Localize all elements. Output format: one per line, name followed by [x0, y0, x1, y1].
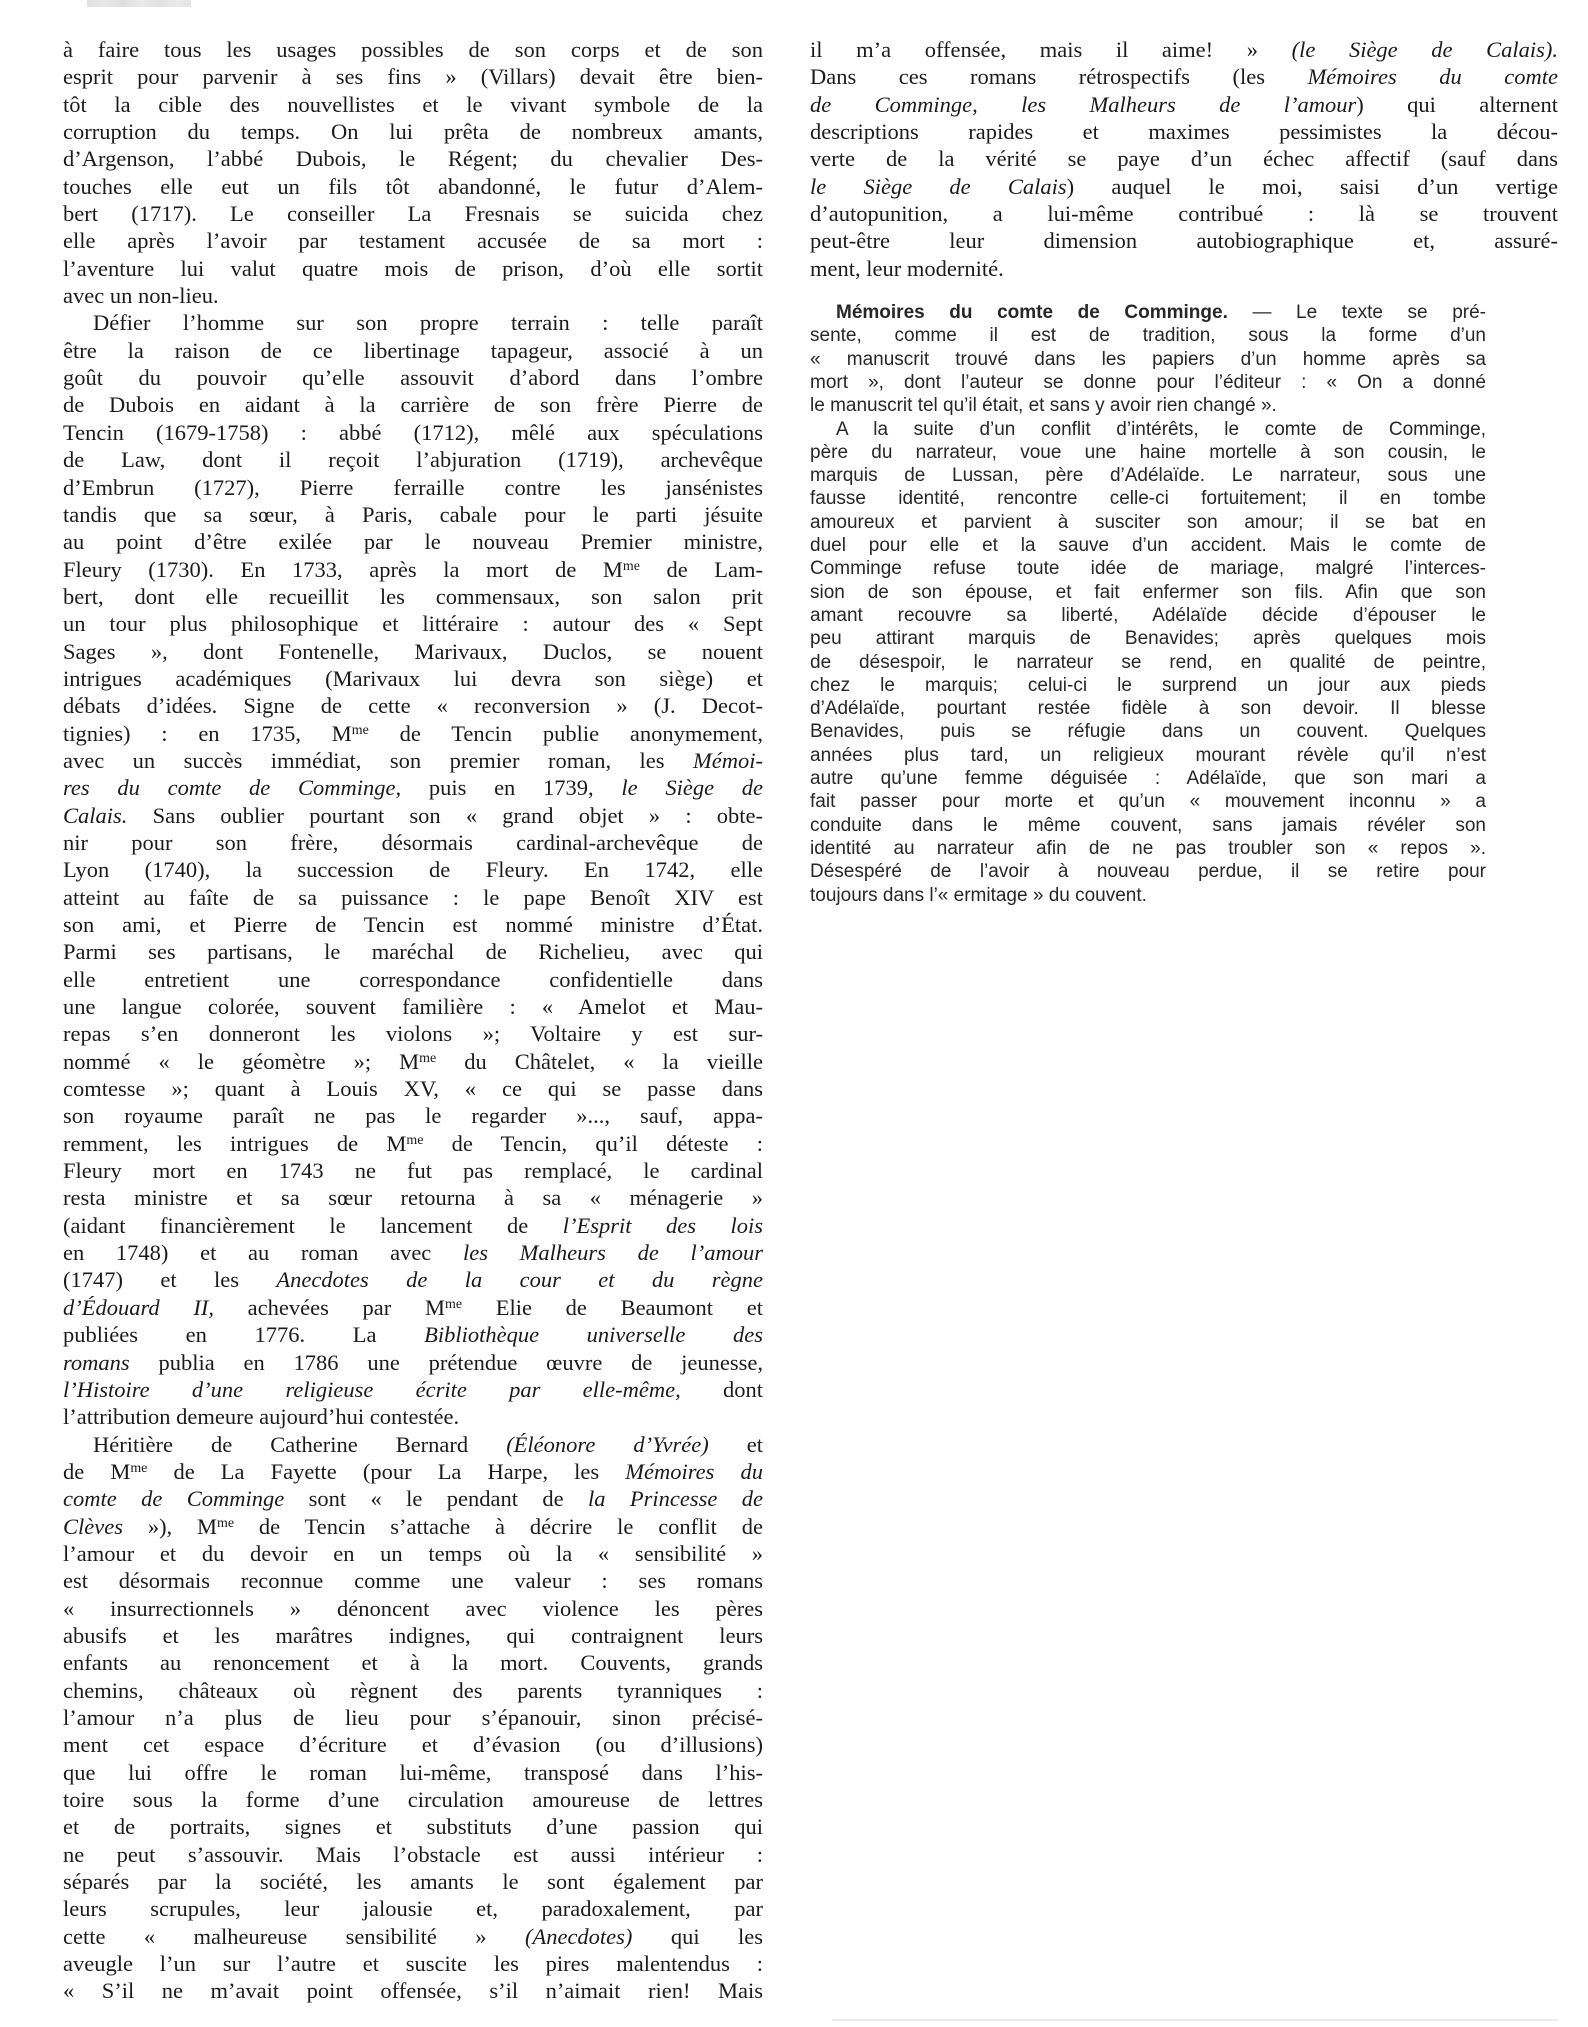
text-line: Désespéré de l’avoir à nouveau perdue, i… — [810, 860, 1486, 883]
text-line: son ami, et Pierre de Tencin est nommé m… — [63, 911, 763, 938]
text-line: d’Édouard II, achevées par Mme Elie de B… — [63, 1294, 763, 1321]
text-line: être la raison de ce libertinage tapageu… — [63, 337, 763, 364]
text-line: séparés par la société, les amants le so… — [63, 1868, 763, 1895]
text-line: père du narrateur, voue une haine mortel… — [810, 441, 1486, 464]
text-line: amoureux et parvient à susciter son amou… — [810, 511, 1486, 534]
text-line: corruption du temps. On lui prêta de nom… — [63, 118, 763, 145]
text-line: tandis que sa sœur, à Paris, cabale pour… — [63, 501, 763, 528]
text-line: esprit pour parvenir à ses fins » (Villa… — [63, 63, 763, 90]
text-line: de Law, dont il reçoit l’abjuration (171… — [63, 446, 763, 473]
text-line: le Siège de Calais) auquel le moi, saisi… — [810, 173, 1558, 200]
text-line: au point d’être exilée par le nouveau Pr… — [63, 528, 763, 555]
text-line: (1747) et les Anecdotes de la cour et du… — [63, 1266, 763, 1293]
text-line: Lyon (1740), la succession de Fleury. En… — [63, 856, 763, 883]
text-line: et de portraits, signes et substituts d’… — [63, 1813, 763, 1840]
text-line: Défier l’homme sur son propre terrain : … — [63, 309, 763, 336]
left-text-column: à faire tous les usages possibles de son… — [63, 36, 763, 2005]
text-line: fausse identité, rencontre celle-ci fort… — [810, 487, 1486, 510]
text-line: peut-être leur dimension autobiographiqu… — [810, 227, 1558, 254]
text-line: l’amour n’a plus de lieu pour s’épanouir… — [63, 1704, 763, 1731]
text-line: Clèves »), Mme de Tencin s’attache à déc… — [63, 1513, 763, 1540]
text-line: de Mme de La Fayette (pour La Harpe, les… — [63, 1458, 763, 1485]
text-line: sion de son épouse, et fait enfermer son… — [810, 581, 1486, 604]
text-line: avec un non-lieu. — [63, 282, 763, 309]
text-line: Comminge refuse toute idée de mariage, m… — [810, 557, 1486, 580]
text-line: A la suite d’un conflit d’intérêts, le c… — [810, 418, 1486, 441]
text-line: peu attirant marquis de Benavides; après… — [810, 627, 1486, 650]
text-line: autre qu’une femme déguisée : Adélaïde, … — [810, 767, 1486, 790]
text-line: res du comte de Comminge, puis en 1739, … — [63, 774, 763, 801]
text-line: il m’a offensée, mais il aime! » (le Siè… — [810, 36, 1558, 63]
text-line: débats d’idées. Signe de cette « reconve… — [63, 692, 763, 719]
text-line: d’Embrun (1727), Pierre ferraille contre… — [63, 474, 763, 501]
text-line: elle entretient une correspondance confi… — [63, 966, 763, 993]
text-line: de Comminge, les Malheurs de l’amour) qu… — [810, 91, 1558, 118]
text-line: Calais. Sans oublier pourtant son « gran… — [63, 802, 763, 829]
text-line: Fleury mort en 1743 ne fut pas remplacé,… — [63, 1157, 763, 1184]
text-line: de désespoir, le narrateur se rend, en q… — [810, 651, 1486, 674]
text-line: tignies) : en 1735, Mme de Tencin publie… — [63, 720, 763, 747]
text-line: comtesse »; quant à Louis XV, « ce qui s… — [63, 1075, 763, 1102]
text-line: bert, dont elle recueillit les commensau… — [63, 583, 763, 610]
text-line: identité au narrateur afin de ne pas tro… — [810, 837, 1486, 860]
text-line: aveugle l’un sur l’autre et suscite les … — [63, 1950, 763, 1977]
text-line: chez le marquis; celui-ci le surprend un… — [810, 674, 1486, 697]
text-line: ment cet espace d’écriture et d’évasion … — [63, 1731, 763, 1758]
text-line: en 1748) et au roman avec les Malheurs d… — [63, 1239, 763, 1266]
text-line: l’Histoire d’une religieuse écrite par e… — [63, 1376, 763, 1403]
text-line: touches elle eut un fils tôt abandonné, … — [63, 173, 763, 200]
text-line: d’autopunition, a lui-même contribué : l… — [810, 200, 1558, 227]
comminge-notice-section: Mémoires du comte de Comminge. — Le text… — [810, 301, 1486, 907]
text-line: intrigues académiques (Marivaux lui devr… — [63, 665, 763, 692]
text-line: conduite dans le même couvent, sans jama… — [810, 814, 1486, 837]
text-line: une langue colorée, souvent familière : … — [63, 993, 763, 1020]
text-line: l’amour et du devoir en un temps où la «… — [63, 1540, 763, 1567]
text-line: son royaume paraît ne pas le regarder ».… — [63, 1102, 763, 1129]
text-line: Mémoires du comte de Comminge. — Le text… — [810, 301, 1486, 324]
text-line: chemins, châteaux où règnent des parents… — [63, 1677, 763, 1704]
text-line: publiées en 1776. La Bibliothèque univer… — [63, 1321, 763, 1348]
right-text-column: il m’a offensée, mais il aime! » (le Siè… — [810, 36, 1558, 907]
text-line: cette « malheureuse sensibilité » (Anecd… — [63, 1923, 763, 1950]
text-line: d’Adélaïde, pourtant restée fidèle à son… — [810, 697, 1486, 720]
text-line: ment, leur modernité. — [810, 255, 1558, 282]
scan-artifact-line — [832, 2019, 1558, 2021]
scanned-document-page: à faire tous les usages possibles de son… — [0, 0, 1588, 2027]
text-line: marquis de Lussan, père d’Adélaïde. Le n… — [810, 464, 1486, 487]
text-line: bert (1717). Le conseiller La Fresnais s… — [63, 200, 763, 227]
text-line: « insurrectionnels » dénoncent avec viol… — [63, 1595, 763, 1622]
text-line: mort », dont l’auteur se donne pour l’éd… — [810, 371, 1486, 394]
text-line: d’Argenson, l’abbé Dubois, le Régent; du… — [63, 145, 763, 172]
text-line: descriptions rapides et maximes pessimis… — [810, 118, 1558, 145]
text-line: duel pour elle et la sauve d’un accident… — [810, 534, 1486, 557]
text-line: que lui offre le roman lui-même, transpo… — [63, 1759, 763, 1786]
text-line: « manuscrit trouvé dans les papiers d’un… — [810, 348, 1486, 371]
text-line: Dans ces romans rétrospectifs (les Mémoi… — [810, 63, 1558, 90]
text-line: à faire tous les usages possibles de son… — [63, 36, 763, 63]
text-line: années plus tard, un religieux mourant r… — [810, 744, 1486, 767]
text-line: elle après l’avoir par testament accusée… — [63, 227, 763, 254]
text-line: nommé « le géomètre »; Mme du Châtelet, … — [63, 1048, 763, 1075]
text-line: verte de la vérité se paye d’un échec af… — [810, 145, 1558, 172]
text-line: nir pour son frère, désormais cardinal-a… — [63, 829, 763, 856]
text-line: un tour plus philosophique et littéraire… — [63, 610, 763, 637]
text-line: enfants au renoncement et à la mort. Cou… — [63, 1649, 763, 1676]
right-column-body-text: il m’a offensée, mais il aime! » (le Siè… — [810, 36, 1558, 282]
text-line: « S’il ne m’avait point offensée, s’il n… — [63, 1977, 763, 2004]
text-line: goût du pouvoir qu’elle assouvit d’abord… — [63, 364, 763, 391]
text-line: toujours dans l’« ermitage » du couvent. — [810, 884, 1486, 907]
text-line: resta ministre et sa sœur retourna à sa … — [63, 1184, 763, 1211]
text-line: tôt la cible des nouvellistes et le viva… — [63, 91, 763, 118]
cropped-header-fragment — [87, 0, 191, 7]
text-line: atteint au faîte de sa puissance : le pa… — [63, 884, 763, 911]
text-line: le manuscrit tel qu’il était, et sans y … — [810, 394, 1486, 417]
text-line: abusifs et les marâtres indignes, qui co… — [63, 1622, 763, 1649]
text-line: romans publia en 1786 une prétendue œuvr… — [63, 1349, 763, 1376]
text-line: sente, comme il est de tradition, sous l… — [810, 324, 1486, 347]
text-line: toire sous la forme d’une circulation am… — [63, 1786, 763, 1813]
text-line: leurs scrupules, leur jalousie et, parad… — [63, 1895, 763, 1922]
text-line: Héritière de Catherine Bernard (Éléonore… — [63, 1431, 763, 1458]
text-line: Parmi ses partisans, le maréchal de Rich… — [63, 938, 763, 965]
text-line: comte de Comminge sont « le pendant de l… — [63, 1485, 763, 1512]
text-line: repas s’en donneront les violons »; Volt… — [63, 1020, 763, 1047]
text-line: avec un succès immédiat, son premier rom… — [63, 747, 763, 774]
text-line: remment, les intrigues de Mme de Tencin,… — [63, 1130, 763, 1157]
text-line: l’aventure lui valut quatre mois de pris… — [63, 255, 763, 282]
text-line: fait passer pour morte et qu’un « mouvem… — [810, 790, 1486, 813]
text-line: ne peut s’assouvir. Mais l’obstacle est … — [63, 1841, 763, 1868]
text-line: amant recouvre sa liberté, Adélaïde déci… — [810, 604, 1486, 627]
text-line: de Dubois en aidant à la carrière de son… — [63, 391, 763, 418]
text-line: Sages », dont Fontenelle, Marivaux, Ducl… — [63, 638, 763, 665]
text-line: Fleury (1730). En 1733, après la mort de… — [63, 556, 763, 583]
text-line: est désormais reconnue comme une valeur … — [63, 1567, 763, 1594]
text-line: l’attribution demeure aujourd’hui contes… — [63, 1403, 763, 1430]
text-line: (aidant financièrement le lancement de l… — [63, 1212, 763, 1239]
text-line: Tencin (1679-1758) : abbé (1712), mêlé a… — [63, 419, 763, 446]
text-line: Benavides, puis se réfugie dans un couve… — [810, 720, 1486, 743]
